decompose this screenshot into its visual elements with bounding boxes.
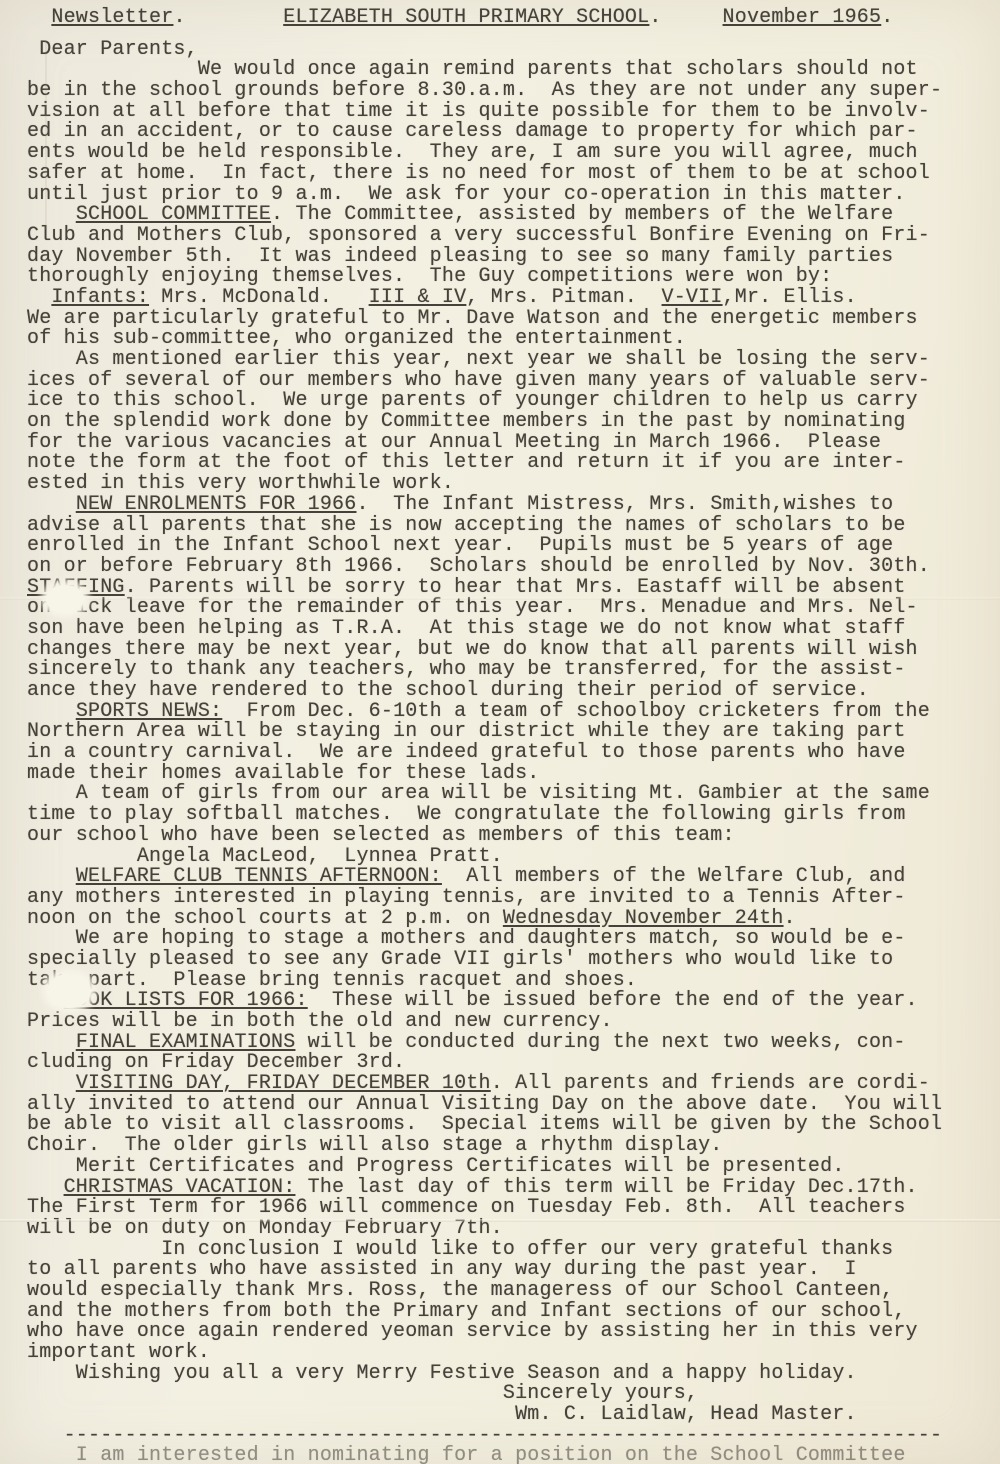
- text-segment: These will be issued before the end of t…: [308, 989, 918, 1012]
- text-line: important work.: [27, 1343, 942, 1364]
- text-segment: ,Mr. Ellis.: [723, 286, 857, 309]
- text-segment: ice to this school. We urge parents of y…: [27, 389, 918, 412]
- text-segment: Sincerely yours,: [27, 1382, 698, 1405]
- text-line: in a country carnival. We are indeed gra…: [27, 743, 942, 764]
- text-line: specially pleased to see any Grade VII g…: [27, 950, 942, 971]
- text-segment: . The Committee, assisted by members of …: [271, 203, 893, 226]
- text-line: any mothers interested in playing tennis…: [27, 888, 942, 909]
- text-line: who have once again rendered yeoman serv…: [27, 1322, 942, 1343]
- text-segment: Northern Area will be staying in our dis…: [27, 720, 906, 743]
- text-segment: will be on duty on Monday February 7th.: [27, 1217, 503, 1240]
- text-segment: specially pleased to see any Grade VII g…: [27, 948, 893, 971]
- text-segment: A team of girls from our area will be vi…: [27, 782, 930, 805]
- underlined-heading: November 1965: [723, 6, 882, 29]
- text-segment: [27, 203, 76, 226]
- text-segment: The First Term for 1966 will commence on…: [27, 1196, 906, 1219]
- underlined-heading: Newsletter: [51, 6, 173, 29]
- text-segment: Prices will be in both the old and new c…: [27, 1010, 613, 1033]
- text-line: would especially thank Mrs. Ross, the ma…: [27, 1281, 942, 1302]
- text-segment: of his sub-committee, who organized the …: [27, 327, 686, 350]
- text-segment: cluding on Friday December 3rd.: [27, 1051, 405, 1074]
- text-segment: [27, 6, 51, 29]
- text-segment: .: [649, 6, 722, 29]
- text-segment: Wm. C. Laidlaw, Head Master.: [27, 1403, 857, 1426]
- text-segment: Mrs. McDonald.: [149, 286, 369, 309]
- underlined-heading: WELFARE CLUB TENNIS AFTERNOON:: [76, 865, 442, 888]
- text-segment: As mentioned earlier this year, next yea…: [27, 348, 930, 371]
- text-line: Merit Certificates and Progress Certific…: [27, 1157, 942, 1178]
- text-line: The First Term for 1966 will commence on…: [27, 1198, 942, 1219]
- text-segment: .: [881, 6, 893, 29]
- underlined-heading: ELIZABETH SOUTH PRIMARY SCHOOL: [283, 6, 649, 29]
- text-segment: would especially thank Mrs. Ross, the ma…: [27, 1279, 893, 1302]
- text-segment: ed in an accident, or to cause careless …: [27, 120, 918, 143]
- newsletter-page: Newsletter. ELIZABETH SOUTH PRIMARY SCHO…: [0, 0, 1000, 1464]
- text-line: Prices will be in both the old and new c…: [27, 1012, 942, 1033]
- text-segment: on sick leave for the remainder of this …: [27, 596, 918, 619]
- text-line: Infants: Mrs. McDonald. III & IV, Mrs. P…: [27, 288, 942, 309]
- text-segment: I am interested in nominating for a posi…: [27, 1444, 906, 1464]
- underlined-heading: NEW ENROLMENTS FOR 1966: [76, 493, 357, 516]
- text-line: ested in this very worthwhile work.: [27, 474, 942, 495]
- underlined-heading: Infants:: [51, 286, 149, 309]
- underlined-heading: SCHOOL COMMITTEE: [76, 203, 271, 226]
- text-segment: . The Infant Mistress, Mrs. Smith,wishes…: [356, 493, 893, 516]
- text-segment: ance they have rendered to the school du…: [27, 679, 869, 702]
- text-line: on or before February 8th 1966. Scholars…: [27, 557, 942, 578]
- text-line: enrolled in the Infant School next year.…: [27, 536, 942, 557]
- text-segment: . All parents and friends are cordi-: [491, 1072, 930, 1095]
- text-line: of his sub-committee, who organized the …: [27, 329, 942, 350]
- text-line: on sick leave for the remainder of this …: [27, 598, 942, 619]
- text-segment: We would once again remind parents that …: [27, 58, 918, 81]
- text-segment: [27, 1072, 76, 1095]
- text-segment: Choir. The older girls will also stage a…: [27, 1134, 723, 1157]
- text-segment: in a country carnival. We are indeed gra…: [27, 741, 906, 764]
- text-line: to all parents who have assisted in any …: [27, 1260, 942, 1281]
- text-line: cluding on Friday December 3rd.: [27, 1053, 942, 1074]
- text-line: WELFARE CLUB TENNIS AFTERNOON: All membe…: [27, 867, 942, 888]
- text-segment: on the splendid work done by Committee m…: [27, 410, 906, 433]
- text-segment: to all parents who have assisted in any …: [27, 1258, 857, 1281]
- text-line: our school who have been selected as mem…: [27, 826, 942, 847]
- text-segment: , Mrs. Pitman.: [466, 286, 661, 309]
- text-segment: thoroughly enjoying themselves. The Guy …: [27, 265, 832, 288]
- text-line: time to play softball matches. We congra…: [27, 805, 942, 826]
- text-segment: safer at home. In fact, there is no need…: [27, 162, 930, 185]
- text-segment: ested in this very worthwhile work.: [27, 472, 454, 495]
- text-segment: We are hoping to stage a mothers and dau…: [27, 927, 906, 950]
- text-line: VISITING DAY, FRIDAY DECEMBER 10th. All …: [27, 1074, 942, 1095]
- text-line: NEW ENROLMENTS FOR 1966. The Infant Mist…: [27, 495, 942, 516]
- text-line: ice to this school. We urge parents of y…: [27, 391, 942, 412]
- underlined-heading: BOOK LISTS FOR 1966:: [64, 989, 308, 1012]
- text-segment: sincerely to thank any teachers, who may…: [27, 658, 906, 681]
- text-line: We would once again remind parents that …: [27, 60, 942, 81]
- text-line: Sincerely yours,: [27, 1384, 942, 1405]
- text-segment: son have been helping as T.R.A. At this …: [27, 617, 906, 640]
- text-line: sincerely to thank any teachers, who may…: [27, 660, 942, 681]
- text-segment: important work.: [27, 1341, 210, 1364]
- text-segment: [27, 989, 64, 1012]
- text-segment: [27, 286, 51, 309]
- text-line: ents would be held responsible. They are…: [27, 143, 942, 164]
- text-segment: on or before February 8th 1966. Scholars…: [27, 555, 930, 578]
- text-segment: time to play softball matches. We congra…: [27, 803, 906, 826]
- text-line: ance they have rendered to the school du…: [27, 681, 942, 702]
- text-segment: any mothers interested in playing tennis…: [27, 886, 906, 909]
- text-line: As mentioned earlier this year, next yea…: [27, 350, 942, 371]
- text-segment: [27, 865, 76, 888]
- text-line: on the splendid work done by Committee m…: [27, 412, 942, 433]
- newsletter-document: Newsletter. ELIZABETH SOUTH PRIMARY SCHO…: [27, 8, 942, 1464]
- text-segment: Merit Certificates and Progress Certific…: [27, 1155, 845, 1178]
- text-line: thoroughly enjoying themselves. The Guy …: [27, 267, 942, 288]
- text-segment: All members of the Welfare Club, and: [442, 865, 906, 888]
- text-line: Northern Area will be staying in our dis…: [27, 722, 942, 743]
- text-segment: who have once again rendered yeoman serv…: [27, 1320, 918, 1343]
- text-line: SCHOOL COMMITTEE. The Committee, assiste…: [27, 205, 942, 226]
- text-segment: be in the school grounds before 8.30.a.m…: [27, 79, 942, 102]
- underlined-heading: III & IV: [369, 286, 467, 309]
- text-line: will be on duty on Monday February 7th.: [27, 1219, 942, 1240]
- underlined-heading: VISITING DAY, FRIDAY DECEMBER 10th: [76, 1072, 491, 1095]
- text-segment: our school who have been selected as mem…: [27, 824, 735, 847]
- header-line: Newsletter. ELIZABETH SOUTH PRIMARY SCHO…: [27, 8, 942, 29]
- text-segment: [27, 493, 76, 516]
- text-segment: Club and Mothers Club, sponsored a very …: [27, 224, 930, 247]
- text-line: Wm. C. Laidlaw, Head Master.: [27, 1405, 942, 1426]
- text-segment: .: [173, 6, 283, 29]
- text-segment: be able to visit all classrooms. Special…: [27, 1113, 942, 1136]
- underlined-heading: V-VII: [662, 286, 723, 309]
- text-segment: note the form at the foot of this letter…: [27, 451, 906, 474]
- text-line: Choir. The older girls will also stage a…: [27, 1136, 942, 1157]
- text-line: safer at home. In fact, there is no need…: [27, 164, 942, 185]
- text-line: I am interested in nominating for a posi…: [27, 1446, 942, 1464]
- text-line: Club and Mothers Club, sponsored a very …: [27, 226, 942, 247]
- text-line: We are hoping to stage a mothers and dau…: [27, 929, 942, 950]
- text-line: BOOK LISTS FOR 1966: These will be issue…: [27, 991, 942, 1012]
- text-line: son have been helping as T.R.A. At this …: [27, 619, 942, 640]
- text-segment: ents would be held responsible. They are…: [27, 141, 918, 164]
- text-segment: enrolled in the Infant School next year.…: [27, 534, 893, 557]
- text-line: be in the school grounds before 8.30.a.m…: [27, 81, 942, 102]
